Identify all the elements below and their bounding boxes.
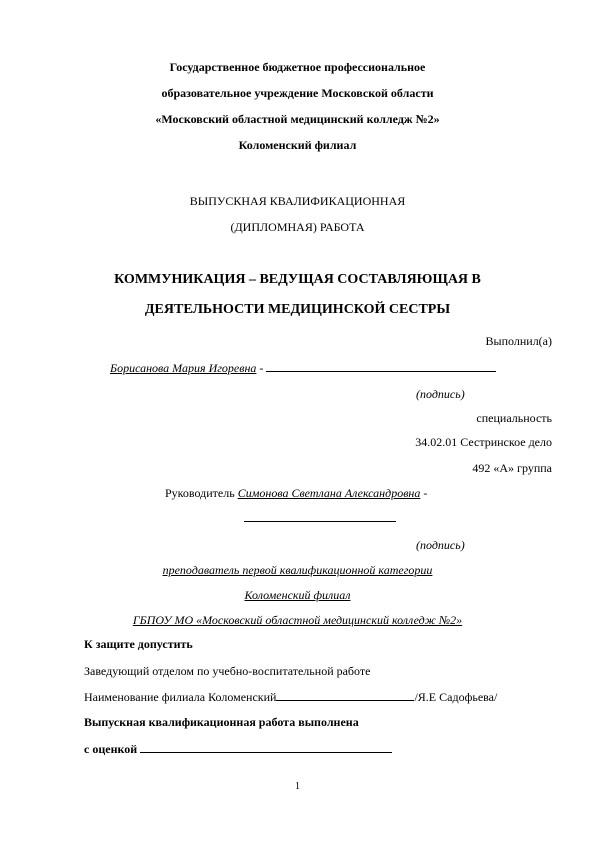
supervisor-signature-caption: (подпись) [416, 538, 465, 552]
author-dash: - [256, 361, 266, 375]
supervisor-row: Руководитель Симонова Светлана Александр… [165, 486, 427, 500]
work-type-line-1: ВЫПУСКНАЯ КВАЛИФИКАЦИОННАЯ [0, 194, 595, 208]
supervisor-signature-row [244, 510, 396, 525]
work-type-line-2: (ДИПЛОМНАЯ) РАБОТА [0, 220, 595, 234]
thesis-title-line-1: КОММУНИКАЦИЯ – ВЕДУЩАЯ СОСТАВЛЯЮЩАЯ В [0, 272, 595, 288]
work-completed-label: Выпускная квалификационная работа выполн… [84, 715, 359, 729]
admission-heading: К защите допустить [84, 637, 193, 651]
institution-line-2: образовательное учреждение Московской об… [0, 86, 595, 100]
supervisor-name: Симонова Светлана Александровна [238, 486, 421, 500]
page-number: 1 [0, 780, 595, 794]
supervisor-label: Руководитель [165, 486, 238, 500]
supervisor-signature-blank[interactable] [244, 510, 396, 522]
supervisor-branch: Коломенский филиал [0, 588, 595, 602]
grade-row: с оценкой [84, 741, 392, 756]
author-name: Борисанова Мария Игоревна [110, 361, 256, 375]
institution-line-1: Государственное бюджетное профессиональн… [0, 60, 595, 74]
head-title: Заведующий отделом по учебно-воспитатель… [84, 664, 370, 678]
head-signature-blank[interactable] [276, 689, 414, 701]
completed-by-label: Выполнил(а) [486, 334, 552, 348]
head-signer: /Я.Е Садофьева/ [414, 690, 497, 704]
branch-label: Наименование филиала Коломенский [84, 690, 276, 704]
branch-signature-row: Наименование филиала Коломенский/Я.Е Сад… [84, 689, 497, 704]
grade-label: с оценкой [84, 742, 140, 756]
supervisor-position: преподаватель первой квалификационной ка… [0, 563, 595, 577]
grade-blank[interactable] [140, 741, 392, 753]
institution-line-3: «Московский областной медицинский коллед… [0, 112, 595, 126]
institution-line-4: Коломенский филиал [0, 138, 595, 152]
document-page: Государственное бюджетное профессиональн… [0, 0, 595, 842]
author-signature-row: Борисанова Мария Игоревна - [110, 360, 496, 375]
specialty-value: 34.02.01 Сестринское дело [415, 435, 552, 449]
thesis-title-line-2: ДЕЯТЕЛЬНОСТИ МЕДИЦИНСКОЙ СЕСТРЫ [0, 302, 595, 318]
author-signature-blank[interactable] [266, 360, 496, 372]
specialty-label: специальность [476, 411, 552, 425]
group-value: 492 «А» группа [472, 461, 552, 475]
supervisor-organization: ГБПОУ МО «Московский областной медицинск… [0, 613, 595, 627]
author-signature-caption: (подпись) [416, 387, 465, 401]
supervisor-dash: - [420, 486, 427, 500]
